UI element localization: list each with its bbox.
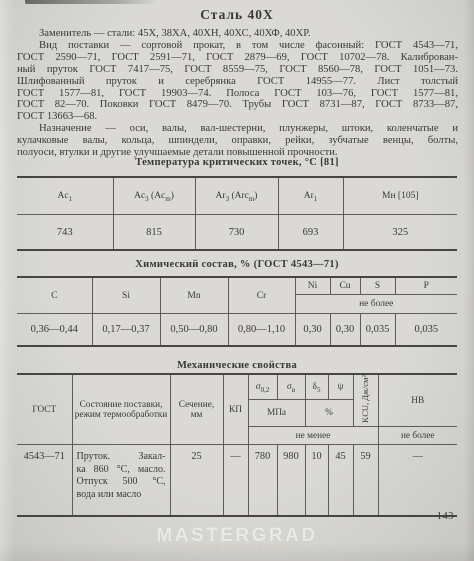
header-cell-psi: ψ bbox=[328, 374, 353, 400]
mechanical-properties-title: Механические свойства bbox=[0, 360, 474, 371]
chemical-composition-title: Химический состав, % (ГОСТ 4543—71) bbox=[0, 259, 474, 270]
text-line: ный пруток ГОСТ 7417—75, ГОСТ 8559—75, Г… bbox=[17, 64, 458, 76]
value-cell-delta5: 10 bbox=[305, 445, 328, 517]
header-cell: Ar3 (Arcm) bbox=[195, 177, 278, 215]
value-cell-state: Пруток. Закал- ка 860 °С, масло. Отпуск … bbox=[72, 445, 170, 517]
header-cell-hb: НВ bbox=[378, 374, 457, 427]
header-cell: Ar1 bbox=[278, 177, 343, 215]
text-line: ка 860 °С, масло. bbox=[77, 464, 166, 477]
watermark: MASTERGRAD ГОРОД МАСТЕРОВ bbox=[0, 525, 474, 552]
watermark-text: MASTERGRAD bbox=[0, 525, 474, 547]
value-cell: 0,035 bbox=[360, 314, 395, 347]
text-line: ГОСТ 1577—81, ГОСТ 19903—74. Полоса ГОСТ… bbox=[17, 88, 458, 100]
text-line: Вид поставки — сортовой прокат, в том чи… bbox=[17, 40, 458, 52]
header-cell-sigma02: σ0,2 bbox=[248, 374, 277, 400]
not-less-note: не менее bbox=[248, 427, 378, 445]
value-cell: 0,30 bbox=[330, 314, 360, 347]
text-line: Назначение — оси, валы, вал-шестерни, пл… bbox=[17, 123, 458, 135]
header-cell-percent: % bbox=[305, 400, 353, 427]
page-title: Сталь 40Х bbox=[0, 7, 474, 23]
text-line: Отпуск 500 °С, bbox=[77, 476, 166, 489]
mechanical-properties-table: ГОСТ Состояние по­ставки, режим термообр… bbox=[17, 373, 457, 517]
value-cell-gost: 4543—71 bbox=[17, 445, 72, 517]
header-cell: P bbox=[395, 277, 457, 295]
critical-points-table: Ac1 Ac3 (Acm) Ar3 (Arcm) Ar1 Мн [105] 74… bbox=[17, 176, 457, 251]
header-cell: S bbox=[360, 277, 395, 295]
value-cell-sigma02: 780 bbox=[248, 445, 277, 517]
header-cell: Cr bbox=[228, 277, 295, 314]
header-cell-state: Состояние по­ставки, режим термообработк… bbox=[72, 374, 170, 445]
text-line: Шлифованный пруток и серебрянка ГОСТ 149… bbox=[17, 76, 458, 88]
value-cell: 0,36—0,44 bbox=[17, 314, 92, 347]
value-cell: 0,30 bbox=[295, 314, 330, 347]
text-line: Заменитель — стали: 45Х, 38ХА, 40ХН, 40Х… bbox=[17, 28, 458, 40]
value-cell: 325 bbox=[343, 215, 457, 251]
watermark-subtext: ГОРОД МАСТЕРОВ bbox=[0, 545, 474, 552]
text-line: вода или масло bbox=[77, 489, 166, 502]
value-cell: 815 bbox=[113, 215, 195, 251]
chemical-composition-table: C Si Mn Cr Ni Cu S P не более 0,36—0,44 … bbox=[17, 276, 457, 347]
header-cell: Ni bbox=[295, 277, 330, 295]
header-cell: Mn bbox=[160, 277, 228, 314]
value-cell-kcu: 59 bbox=[353, 445, 378, 517]
value-cell: 693 bbox=[278, 215, 343, 251]
text-line: ГОСТ 13663—68. bbox=[17, 111, 458, 123]
book-page: Сталь 40Х Заменитель — стали: 45Х, 38ХА,… bbox=[0, 0, 474, 561]
critical-points-title: Температура критических точек, °С [81] bbox=[0, 157, 474, 168]
header-cell-sigmav: σв bbox=[277, 374, 305, 400]
limit-note: не более bbox=[295, 295, 457, 314]
text-line: ГОСТ 2590—71, ГОСТ 2591—71, ГОСТ 2879—69… bbox=[17, 52, 458, 64]
value-cell-psi: 45 bbox=[328, 445, 353, 517]
value-cell-kp: — bbox=[223, 445, 248, 517]
text-line: Пруток. Закал- bbox=[77, 451, 166, 464]
not-more-note: не более bbox=[378, 427, 457, 445]
value-cell: 0,17—0,37 bbox=[92, 314, 160, 347]
header-cell-kp: КП bbox=[223, 374, 248, 445]
header-cell: Ac3 (Acm) bbox=[113, 177, 195, 215]
header-cell: Cu bbox=[330, 277, 360, 295]
page-number: 143 bbox=[437, 511, 454, 522]
header-cell-mpa: МПа bbox=[248, 400, 305, 427]
intro-text: Заменитель — стали: 45Х, 38ХА, 40ХН, 40Х… bbox=[17, 28, 458, 159]
kcu-vertical-label: KCU, Дж/см² bbox=[361, 375, 371, 423]
header-cell: C bbox=[17, 277, 92, 314]
value-cell: 743 bbox=[17, 215, 113, 251]
header-cell: Мн [105] bbox=[343, 177, 457, 215]
value-cell-sigmav: 980 bbox=[277, 445, 305, 517]
header-cell-gost: ГОСТ bbox=[17, 374, 72, 445]
value-cell: 730 bbox=[195, 215, 278, 251]
text-line: кулачковые валы, кольца, шпиндели, оправ… bbox=[17, 135, 458, 147]
header-cell-kcu: KCU, Дж/см² bbox=[353, 374, 378, 427]
header-cell-section: Сечение, мм bbox=[170, 374, 223, 445]
value-cell-section: 25 bbox=[170, 445, 223, 517]
scan-artifact bbox=[25, 0, 157, 4]
value-cell: 0,035 bbox=[395, 314, 457, 347]
header-cell-delta5: δ5 bbox=[305, 374, 328, 400]
value-cell: 0,50—0,80 bbox=[160, 314, 228, 347]
header-cell: Ac1 bbox=[17, 177, 113, 215]
value-cell: 0,80—1,10 bbox=[228, 314, 295, 347]
value-cell-hb: — bbox=[378, 445, 457, 517]
text-line: ГОСТ 82—70. Поковки ГОСТ 8479—70. Трубы … bbox=[17, 99, 458, 111]
header-cell: Si bbox=[92, 277, 160, 314]
